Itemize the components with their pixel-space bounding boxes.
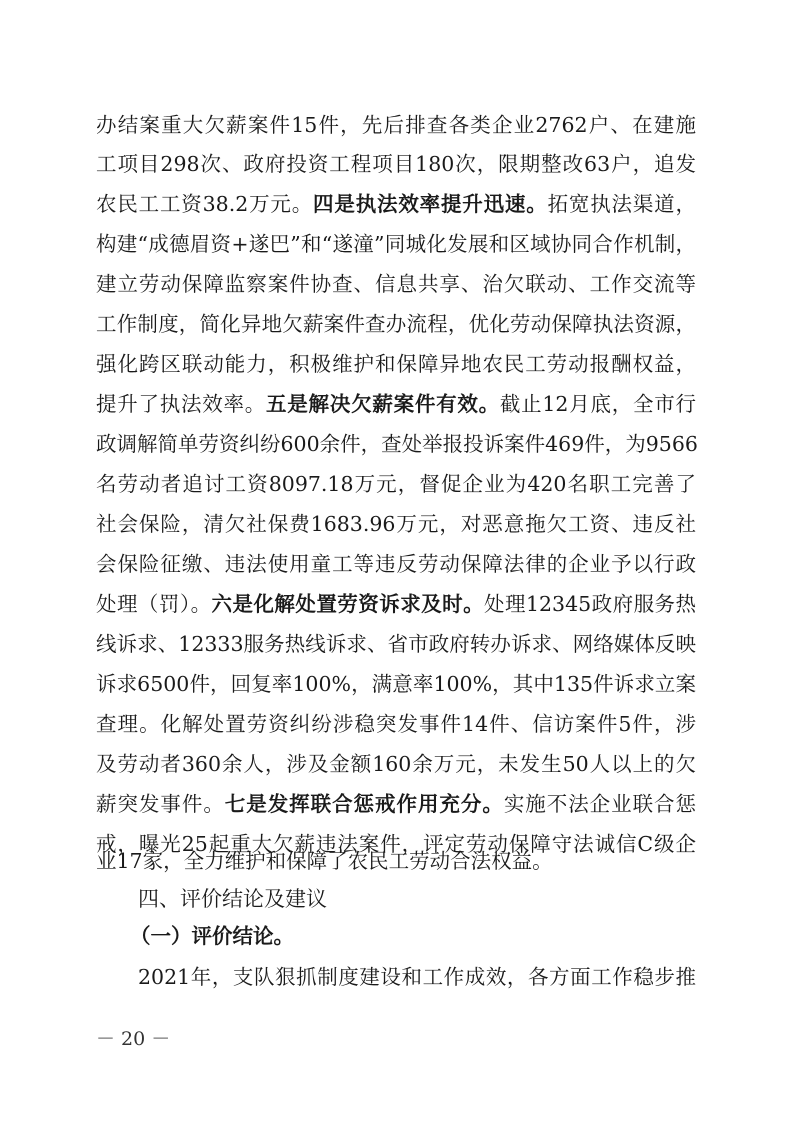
body-line-7: 强化跨区联动能力，积极维护和保障异地农民工劳动报酬权益， — [96, 349, 696, 379]
body-line-16: 查理。化解处置劳资纠纷涉稳突发事件14件、信访案件5件，涉 — [96, 709, 696, 739]
bold-point-heading-4: 四是执法效率提升迅速。 — [313, 192, 548, 216]
body-text: 处理（罚）。 — [96, 592, 212, 616]
body-line-9: 政调解简单劳资纠纷600余件，查处举报投诉案件469件，为9566 — [96, 429, 696, 459]
section-heading: 四、评价结论及建议 — [138, 884, 327, 914]
bold-point-heading-7: 七是发挥联合惩戒作用充分。 — [225, 792, 504, 816]
body-line-6: 工作制度，简化异地欠薪案件查办流程，优化劳动保障执法资源， — [96, 309, 696, 339]
body-text: 农民工工资38.2万元。 — [96, 192, 313, 216]
body-line-20: 业17家，全力维护和保障了农民工劳动合法权益。 — [96, 846, 696, 876]
bold-point-heading-6: 六是化解处置劳资诉求及时。 — [212, 592, 485, 616]
body-text: 薪突发事件。 — [96, 792, 225, 816]
body-line-3: 农民工工资38.2万元。四是执法效率提升迅速。拓宽执法渠道， — [96, 189, 696, 219]
body-line-10: 名劳动者追讨工资8097.18万元，督促企业为420名职工完善了 — [96, 469, 696, 499]
body-line-13: 处理（罚）。六是化解处置劳资诉求及时。处理12345政府服务热 — [96, 589, 696, 619]
page-number: － 20 － — [96, 1026, 170, 1052]
subsection-heading: （一）评价结论。 — [130, 921, 294, 951]
body-line-4: 构建“成德眉资+遂巴”和“遂潼”同城化发展和区域协同合作机制， — [96, 229, 696, 259]
body-text: 提升了执法效率。 — [96, 392, 266, 416]
bold-point-heading-5: 五是解决欠薪案件有效。 — [266, 392, 500, 416]
body-text: 拓宽执法渠道， — [548, 192, 696, 216]
body-line-2: 工项目298次、政府投资工程项目180次，限期整改63户，追发 — [96, 149, 696, 179]
body-line-15: 诉求6500件，回复率100%，满意率100%，其中135件诉求立案 — [96, 669, 696, 699]
body-text: 处理12345政府服务热 — [484, 592, 696, 616]
body-line-18: 薪突发事件。七是发挥联合惩戒作用充分。实施不法企业联合惩 — [96, 789, 696, 819]
body-line-12: 会保险征缴、违法使用童工等违反劳动保障法律的企业予以行政 — [96, 549, 696, 579]
body-line-11: 社会保险，清欠社保费1683.96万元，对恶意拖欠工资、违反社 — [96, 509, 696, 539]
body-line-5: 建立劳动保障监察案件协查、信息共享、治欠联动、工作交流等 — [96, 269, 696, 299]
body-text: 截止12月底，全市行 — [500, 392, 696, 416]
body-line-1: 办结案重大欠薪案件15件，先后排查各类企业2762户、在建施 — [96, 110, 696, 140]
body-line-14: 线诉求、12333服务热线诉求、省市政府转办诉求、网络媒体反映 — [96, 629, 696, 659]
document-page: 办结案重大欠薪案件15件，先后排查各类企业2762户、在建施 工项目298次、政… — [0, 0, 793, 1122]
body-line-17: 及劳动者360余人，涉及金额160余万元，未发生50人以上的欠 — [96, 749, 696, 779]
paragraph-first-line: 2021年，支队狠抓制度建设和工作成效，各方面工作稳步推 — [138, 962, 696, 992]
body-line-8: 提升了执法效率。五是解决欠薪案件有效。截止12月底，全市行 — [96, 389, 696, 419]
body-text: 实施不法企业联合惩 — [504, 792, 696, 816]
